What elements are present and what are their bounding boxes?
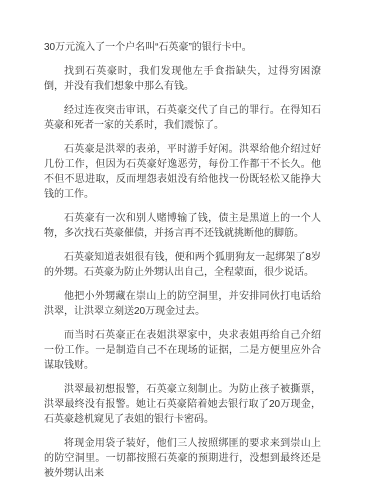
paragraph: 经过连夜突击审讯，石英豪交代了自己的罪行。在得知石英豪和死者一家的关系时，我们震…: [44, 103, 321, 133]
paragraph: 将现金用袋子装好，他们三人按照绑匪的要求来到崇山上的防空洞里。一切都按照石英豪的…: [44, 436, 321, 480]
paragraph: 找到石英豪时，我们发现他左手食指缺失，过得穷困潦倒，并没有我们想象中那么有钱。: [44, 64, 321, 94]
paragraph: 他把小外甥藏在崇山上的防空洞里，并安排同伙打电话给洪翠，让洪翠立刻送20万现金过…: [44, 289, 321, 319]
paragraph: 30万元流入了一个户名叫“石英豪”的银行卡中。: [44, 40, 321, 55]
paragraph: 而当时石英豪正在表姐洪翠家中，央求表姐再给自己介绍一份工作。一是制造自己不在现场…: [44, 328, 321, 373]
paragraph: 石英豪是洪翠的表弟，平时游手好闲。洪翠给他介绍过好几份工作，但因为石英豪好逸恶劳…: [44, 142, 321, 202]
paragraph: 石英豪有一次和别人赌博输了钱，债主是黑道上的一个人物，多次找石英豪催债，并扬言再…: [44, 211, 321, 241]
reader-page: 30万元流入了一个户名叫“石英豪”的银行卡中。 找到石英豪时，我们发现他左手食指…: [0, 0, 370, 480]
paragraph: 石英豪知道表姐很有钱，便和两个狐朋狗友一起绑架了8岁的外甥。石英豪为防止外甥认出…: [44, 250, 321, 280]
paragraph: 洪翠最初想报警，石英豪立刻制止。为防止孩子被撕票，洪翠最终没有报警。她让石英豪陪…: [44, 382, 321, 427]
